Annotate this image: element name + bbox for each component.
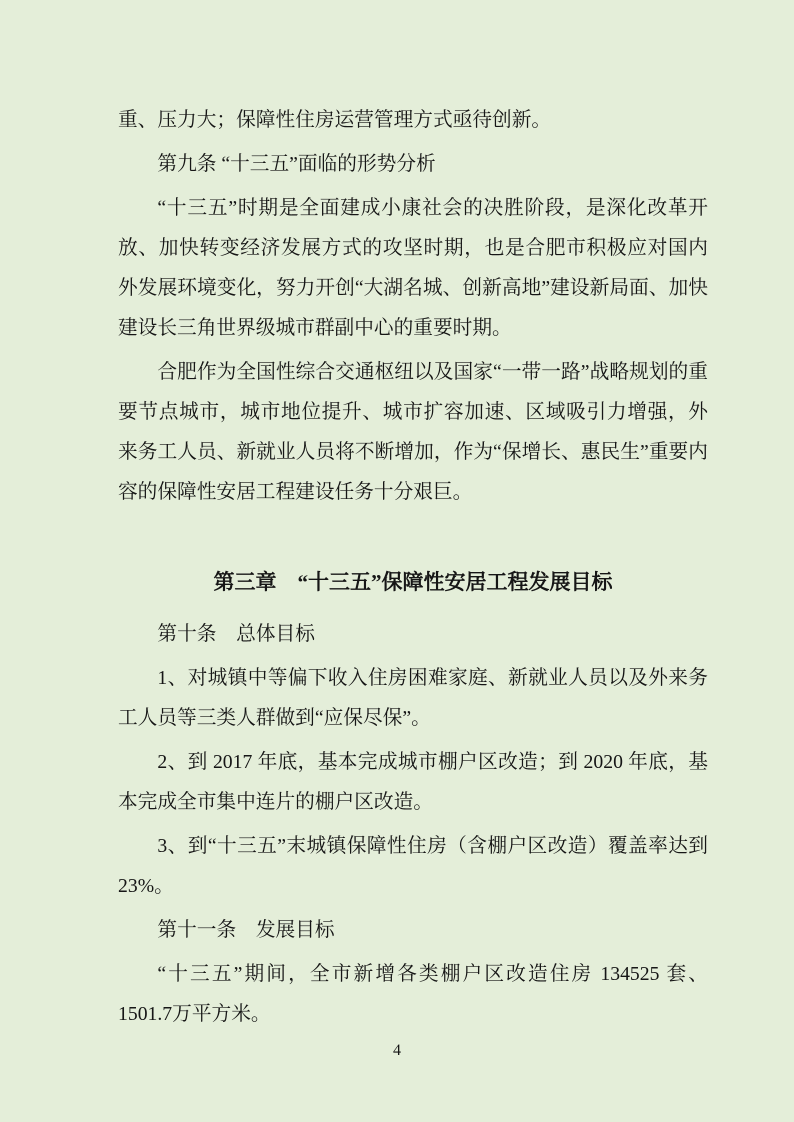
paragraph-continuation: 重、压力大；保障性住房运营管理方式亟待创新。 — [118, 100, 708, 140]
article-eleven-heading: 第十一条 发展目标 — [118, 910, 708, 950]
goal-item-2: 2、到 2017 年底，基本完成城市棚户区改造；到 2020 年底，基本完成全市… — [118, 742, 708, 822]
goal-item-3: 3、到“十三五”末城镇保障性住房（含棚户区改造）覆盖率达到23%。 — [118, 826, 708, 906]
paragraph-hefei-hub: 合肥作为全国性综合交通枢纽以及国家“一带一路”战略规划的重要节点城市，城市地位提… — [118, 352, 708, 512]
article-ten-heading: 第十条 总体目标 — [118, 614, 708, 654]
goal-item-1: 1、对城镇中等偏下收入住房困难家庭、新就业人员以及外来务工人员等三类人群做到“应… — [118, 658, 708, 738]
page-number: 4 — [0, 1042, 794, 1060]
paragraph-situation-analysis: “十三五”时期是全面建成小康社会的决胜阶段，是深化改革开放、加快转变经济发展方式… — [118, 188, 708, 348]
article-nine-heading: 第九条 “十三五”面临的形势分析 — [118, 144, 708, 184]
document-page: 重、压力大；保障性住房运营管理方式亟待创新。 第九条 “十三五”面临的形势分析 … — [0, 0, 794, 1122]
chapter-three-heading: 第三章 “十三五”保障性安居工程发展目标 — [118, 566, 708, 598]
document-content: 重、压力大；保障性住房运营管理方式亟待创新。 第九条 “十三五”面临的形势分析 … — [118, 100, 708, 1038]
paragraph-development-target: “十三五”期间，全市新增各类棚户区改造住房 134525 套、1501.7万平方… — [118, 954, 708, 1034]
